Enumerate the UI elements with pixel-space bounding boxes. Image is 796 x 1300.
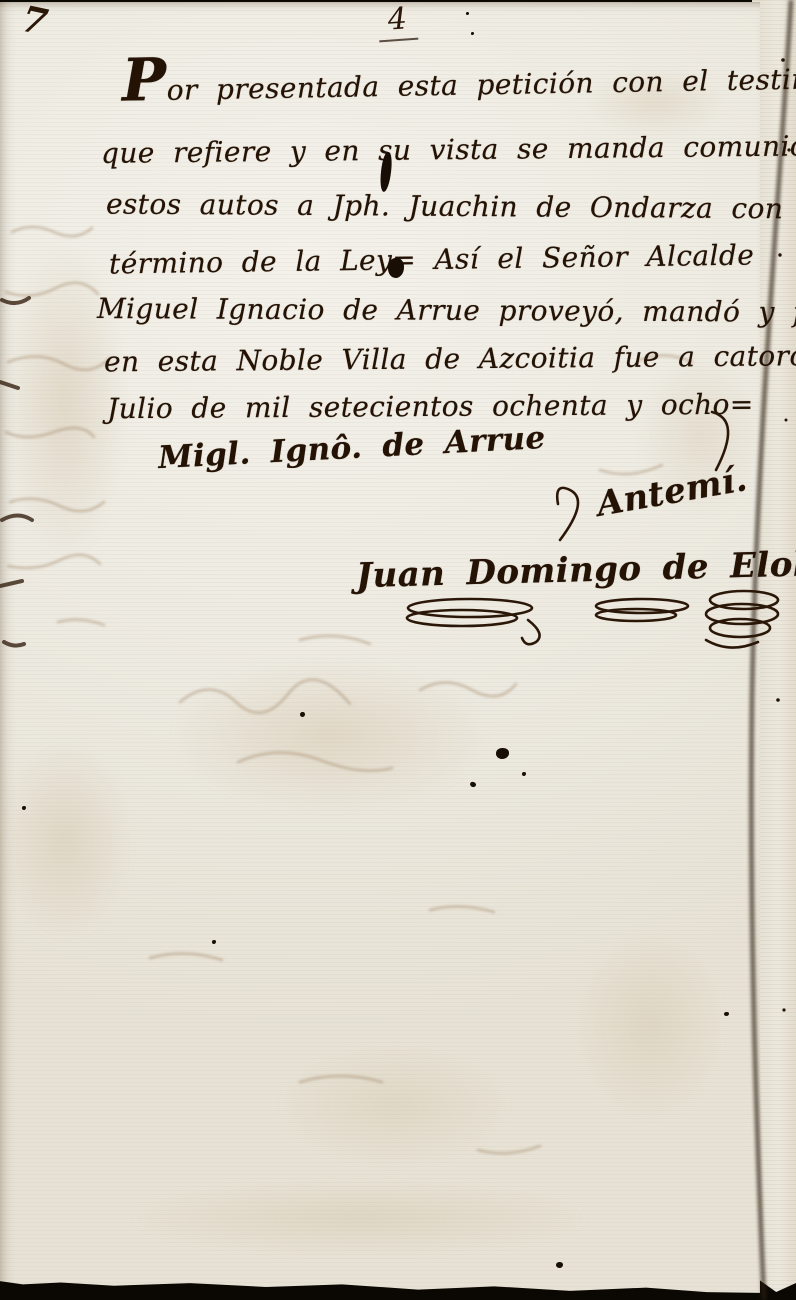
manuscript-scan: 7 4 Por presentada esta petición con el … bbox=[0, 0, 796, 1300]
manuscript-line: Miguel Ignacio de Arrue proveyó, mandó y… bbox=[97, 292, 796, 329]
manuscript-line: Julio de mil setecientos ochenta y ocho= bbox=[107, 388, 754, 426]
manuscript-line: en esta Noble Villa de Azcoitia fue a ca… bbox=[104, 339, 796, 379]
page-number: 4 bbox=[377, 1, 419, 43]
manuscript-line: estos autos a Jph. Juachin de Ondarza co… bbox=[106, 187, 796, 225]
